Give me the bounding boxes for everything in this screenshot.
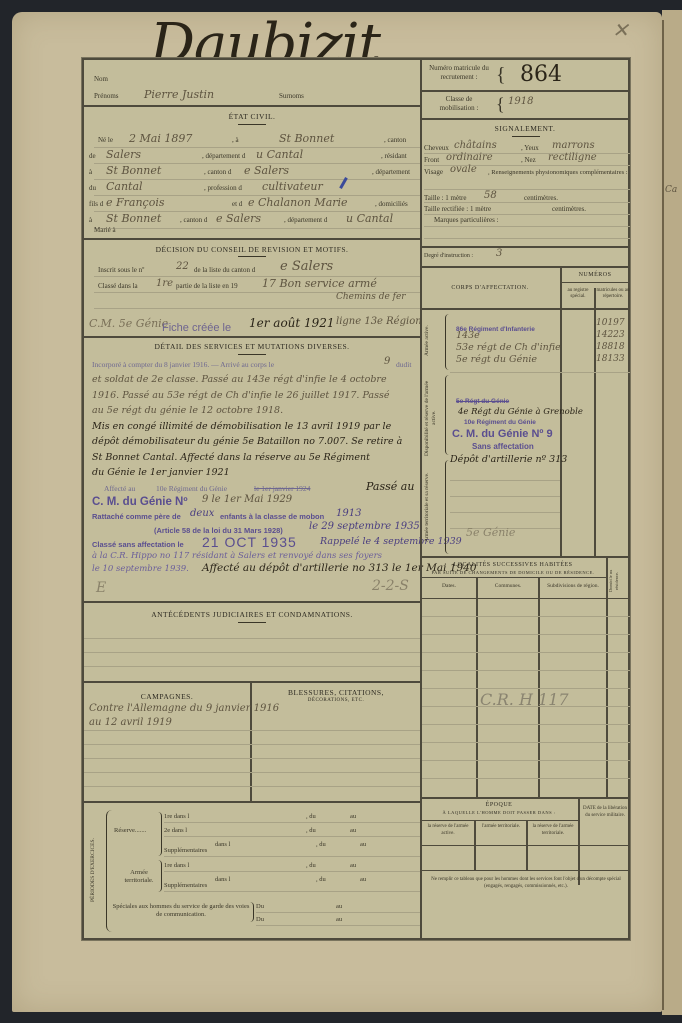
blessures-subtitle: DÉCORATIONS, ETC.	[252, 698, 420, 703]
classe-mobilisation-label: Classe de mobilisation :	[428, 95, 490, 113]
localites-subtitle: PAR SUITE DE CHANGEMENTS DE DOMICILE OU …	[420, 570, 606, 575]
numero-matricule-label: Numéro matricule du recrutement :	[428, 64, 490, 82]
passe-value: Passé au	[366, 480, 414, 493]
departement-value: u Cantal	[256, 148, 303, 161]
rattache-label: Rattaché comme père de	[92, 512, 181, 521]
taille-rectifiee-label: Taille rectifiée : 1 mètre	[424, 205, 491, 213]
signalement-title: SIGNALEMENT.	[420, 124, 630, 133]
domicile-value: St Bonnet	[106, 212, 161, 225]
rattache-suffix: enfants à la classe de mobon	[220, 512, 324, 521]
incorpore-suffix: dudit	[396, 360, 411, 369]
col-repertoire: matricules ou au répertoire.	[596, 288, 630, 300]
prenoms-label: Prénoms	[94, 92, 119, 100]
mere-value: e Chalanon Marie	[248, 196, 348, 209]
front-value: ordinaire	[446, 152, 493, 163]
speciales-label: Spéciales aux hommes du service de garde…	[112, 903, 250, 919]
territoriale-entry: 5e Génie	[466, 526, 515, 539]
epoque-col-territoriale: l'armée territoriale.	[476, 824, 526, 831]
pere-value: e François	[106, 196, 165, 209]
service-line: du Génie le 1er janvier 1921	[92, 465, 422, 481]
partie-label: partie de la liste en 19	[176, 282, 238, 290]
profession-value: cultivateur	[262, 180, 323, 193]
margin-note: Ca	[665, 185, 677, 195]
periode-row-label: Supplémentaires	[164, 847, 207, 854]
numero-matricule-value: 864	[520, 62, 562, 87]
du-label: du	[89, 184, 96, 192]
yeux-label: , Yeux	[521, 144, 539, 152]
fiche-creee-stamp: Fiche créée le	[162, 322, 231, 334]
nez-value: rectiligne	[548, 152, 597, 163]
incorpore-day: 9	[384, 356, 390, 367]
rattache-value: deux	[190, 508, 214, 519]
marie-label: Marié à	[94, 226, 116, 234]
mark-right: 2-2-S	[372, 578, 409, 594]
liste-label: de la liste du canton d	[194, 266, 255, 274]
classe-mobilisation-value: 1918	[508, 96, 533, 107]
residant-label: , résidant	[381, 152, 407, 160]
incorpore-printed: Incorporé à compter du 8 janvier 1916. —…	[92, 360, 274, 369]
fils-label: fils d	[89, 200, 103, 208]
marques-label: Marques particulières :	[434, 216, 499, 224]
a-label: à	[89, 168, 92, 176]
visage-label: Visage	[424, 168, 443, 176]
reserve-entry: C. M. du Génie Nº 9	[452, 428, 553, 440]
epoque-col-reserve-territoriale: la réserve de l'armée territoriale.	[528, 824, 578, 837]
article-date: le 29 septembre 1935	[309, 521, 420, 532]
epoque-col-reserve: la réserve de l'armée active.	[422, 824, 474, 837]
affecte-date: le 1er janvier 1924	[254, 484, 310, 493]
renseignements-label: , Renseignements physionomiques compléme…	[488, 168, 630, 178]
classe-dans-label: Classé dans la	[98, 282, 138, 290]
epoque-title: ÉPOQUE	[420, 802, 578, 808]
numero-matricule-corps: 14223	[596, 330, 625, 340]
annotation-chemins-de-fer: Chemins de fer	[336, 292, 406, 302]
visage-value: ovale	[450, 164, 477, 175]
mere-label: et d	[232, 200, 242, 208]
section-disponibilite: Disponibilité et réserve de l'armée acti…	[424, 378, 438, 458]
departement-label: , département d	[202, 152, 245, 160]
col-registre-special: au registre spécial.	[562, 288, 594, 300]
numero-matricule-corps: 18818	[596, 342, 625, 352]
ne-le-label: Né le	[98, 136, 113, 144]
canton3-label: , canton d	[180, 216, 207, 224]
service-line: St Bonnet Cantal. Affecté dans la réserv…	[92, 450, 422, 466]
birth-place-value: St Bonnet	[279, 132, 334, 145]
birth-place-label: , à	[232, 136, 239, 144]
taille-value: 58	[484, 190, 497, 201]
canton2-value: e Salers	[244, 164, 289, 177]
page-fold	[662, 20, 664, 1010]
periode-row-label: 1re dans l	[164, 862, 189, 869]
affecte-value: 10e Régiment du Génie	[156, 484, 227, 493]
cm-genie-value: 9 le 1er Mai 1929	[202, 494, 292, 505]
reserve-entry: 10e Régiment du Génie	[464, 419, 536, 426]
yeux-value: marrons	[552, 140, 595, 151]
margin-cross-mark: ✕	[612, 18, 629, 42]
service-line: Mis en congé illimité de démobilisation …	[92, 419, 422, 435]
partie-value: 17 Bon service armé	[262, 277, 377, 290]
nez-label: , Nez	[521, 156, 536, 164]
service-line: au 5e régt du génie le 12 octobre 1918.	[92, 403, 422, 419]
degre-instruction-value: 3	[496, 248, 502, 259]
nom-label: Nom	[94, 75, 108, 83]
periode-row-label: 2e dans l	[164, 827, 187, 834]
decision-title: DÉCISION DU CONSEIL DE REVISION ET MOTIF…	[84, 245, 420, 254]
canton2-label: , canton d	[204, 168, 231, 176]
antecedents-title: ANTÉCÉDENTS JUDICIAIRES ET CONDAMNATIONS…	[84, 610, 420, 619]
service-line: et soldat de 2e classe. Passé au 143e ré…	[92, 372, 422, 388]
residence-value: St Bonnet	[106, 164, 161, 177]
departement3-value: u Cantal	[346, 212, 393, 225]
service-line: 1916. Passé au 53e régt de Ch d'infie le…	[92, 388, 422, 404]
col-dates: Dates.	[422, 583, 476, 589]
service-line: dépôt démobilisateur du génie 5e Bataill…	[92, 434, 422, 450]
classe-sans-affectation-label: Classé sans affectation le	[92, 540, 184, 549]
canton-value: Salers	[106, 148, 141, 161]
inscrit-value: 22	[176, 261, 189, 272]
reserve-entry: 4e Régt du Génie à Grenoble	[458, 407, 583, 417]
front-label: Front	[424, 156, 439, 164]
epoque-subtitle: À LAQUELLE L'HOMME DOIT PASSER DANS :	[420, 810, 578, 815]
profession-label: , profession d	[204, 184, 242, 192]
annotation-region: ligne 13e Région	[336, 316, 422, 327]
etat-civil-title: ÉTAT CIVIL.	[84, 112, 420, 121]
section-territoriale: Armée territoriale et sa réserve.	[424, 462, 431, 552]
classe-sans-affectation-date: 21 OCT 1935	[202, 534, 297, 550]
periode-row-label: Supplémentaires	[164, 882, 207, 889]
numero-matricule-corps: 10197	[596, 318, 625, 328]
taille-label: Taille : 1 mètre	[424, 194, 466, 202]
col-subdivisions: Subdivisions de région.	[540, 583, 606, 589]
departement2-value: Cantal	[106, 180, 143, 193]
rattache-classe: 1913	[336, 508, 361, 519]
col-domicile: Domicile ou résidence.	[608, 562, 620, 600]
de-label: de	[89, 152, 96, 160]
departement2-label: , département	[372, 168, 410, 176]
a3-label: à	[89, 216, 92, 224]
armee-territoriale-label: Armée territoriale.	[118, 869, 160, 885]
epoque-col-liberation: DATE de la libération du service militai…	[580, 806, 630, 819]
birth-date-value: 2 Mai 1897	[129, 132, 192, 145]
periodes-side-label: PÉRIODES D'EXERCICES.	[90, 815, 97, 925]
localites-annotation: C.R. H 117	[480, 690, 569, 709]
classe-dans-value: 1re	[156, 278, 173, 289]
blessures-title: BLESSURES, CITATIONS,	[252, 688, 420, 697]
reserve-label: Réserve.......	[114, 827, 146, 834]
fiche-creee-date: 1er août 1921	[249, 316, 335, 330]
reserve-entry: Dépôt d'artillerie nº 313	[450, 454, 567, 465]
col-communes: Communes.	[478, 583, 538, 589]
matricule-form: Nom Prénoms Pierre Justin Surnoms ÉTAT C…	[82, 58, 630, 940]
adjacent-page-edge	[662, 10, 682, 1015]
reserve-entry: 5e Régt du Génie	[456, 398, 509, 405]
campagnes-value: Contre l'Allemagne du 9 janvier 1916 au …	[89, 702, 279, 730]
domicilies-label: , domiciliés	[375, 200, 408, 208]
corps-affectation-title: CORPS D'AFFECTATION.	[420, 285, 560, 291]
annotation-cm-genie: C.M. 5e Génie	[89, 317, 168, 330]
periode-row-label: 1re dans l	[164, 813, 189, 820]
degre-instruction-label: Degré d'instruction :	[424, 253, 473, 259]
cheveux-label: Cheveux	[424, 144, 449, 152]
active-entry: 53e régt de Ch d'infie	[456, 342, 561, 353]
affecte-label: Affecté au	[104, 484, 135, 493]
active-entry: 143e	[456, 330, 480, 341]
surnoms-label: Surnoms	[279, 92, 304, 100]
liste-value: e Salers	[280, 259, 333, 274]
campagnes-title: CAMPAGNES.	[84, 692, 250, 701]
inscrit-label: Inscrit sous le nº	[98, 266, 144, 274]
cm-genie-stamp: C. M. du Génie Nº	[92, 496, 188, 508]
localites-title: LOCALITÉS SUCCESSIVES HABITÉES	[420, 562, 606, 568]
numero-matricule-corps: 18133	[596, 354, 625, 364]
departement3-label: , département d	[284, 216, 327, 224]
cheveux-value: châtains	[454, 140, 497, 151]
reserve-entry: Sans affectation	[472, 442, 534, 451]
services-title: DÉTAIL DES SERVICES ET MUTATIONS DIVERSE…	[84, 342, 420, 351]
prenoms-value: Pierre Justin	[144, 88, 214, 101]
canton3-value: e Salers	[216, 212, 261, 225]
canton-label: , canton	[384, 136, 406, 144]
active-entry: 5e régt du Génie	[456, 354, 537, 365]
rappele-value: Rappelé le 4 septembre 1939	[320, 536, 462, 547]
services-history: et soldat de 2e classe. Passé au 143e ré…	[92, 372, 422, 481]
epoque-note: Ne remplir ce tableau que pour les homme…	[424, 876, 628, 890]
mark-left: E	[96, 580, 106, 596]
section-armee-active: Armée active.	[424, 312, 431, 370]
numeros-label: NUMÉROS	[560, 272, 630, 278]
